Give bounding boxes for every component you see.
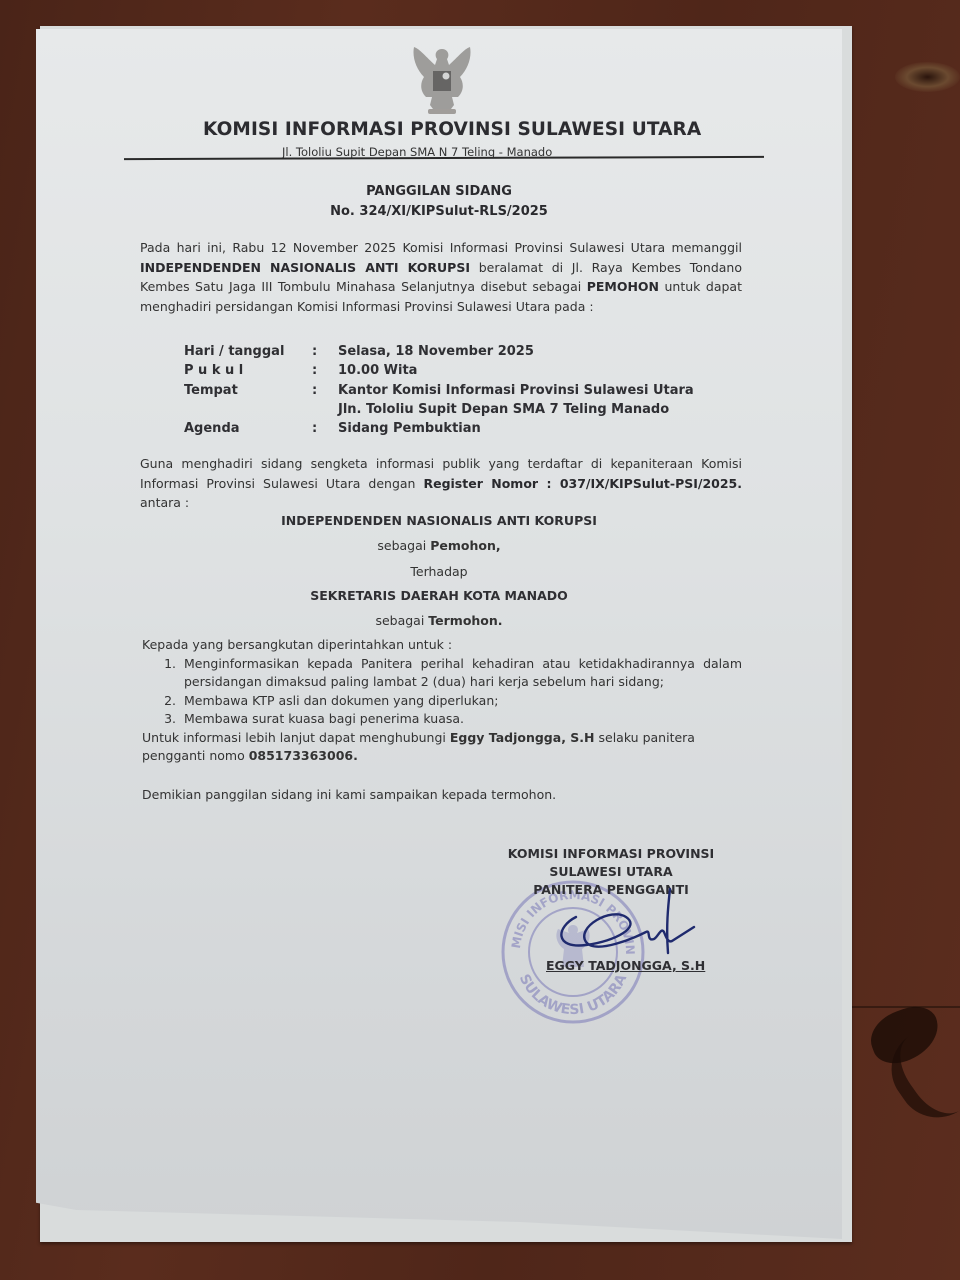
handwritten-signature-icon [546, 887, 696, 962]
detail-row-time: P u k u l:10.00 Wita [184, 361, 694, 380]
signatory-org-line1: KOMISI INFORMASI PROVINSI [506, 845, 716, 863]
detail-row-place-address: Jln. Tololiu Supit Depan SMA 7 Teling Ma… [184, 400, 694, 419]
instructions-intro: Kepada yang bersangkutan diperintahkan u… [142, 636, 742, 655]
signatory-name: EGGY TADJONGGA, S.H [546, 958, 705, 973]
respondent-name: SEKRETARIS DAERAH KOTA MANADO [36, 588, 842, 603]
detail-row-date: Hari / tanggal:Selasa, 18 November 2025 [184, 342, 694, 361]
contact-info: Untuk informasi lebih lanjut dapat mengh… [142, 729, 742, 766]
register-paragraph: Guna menghadiri sidang sengketa informas… [140, 454, 742, 513]
applicant-name: INDEPENDENDEN NASIONALIS ANTI KORUPSI [36, 513, 842, 528]
applicant-role: sebagai Pemohon, [36, 538, 842, 553]
instructions-list: Menginformasikan kepada Panitera perihal… [142, 655, 742, 729]
wood-knot [895, 62, 960, 92]
organization-name: KOMISI INFORMASI PROVINSI SULAWESI UTARA [203, 119, 701, 140]
instruction-item: Menginformasikan kepada Panitera perihal… [180, 655, 742, 692]
garuda-emblem-icon [402, 43, 482, 123]
intro-paragraph: Pada hari ini, Rabu 12 November 2025 Kom… [140, 238, 742, 317]
document-number: No. 324/XI/KIPSulut-RLS/2025 [36, 204, 842, 219]
hearing-details: Hari / tanggal:Selasa, 18 November 2025 … [184, 342, 694, 438]
signatory-org-line2: SULAWESI UTARA [506, 863, 716, 881]
header-divider [124, 156, 764, 160]
summons-letter: KOMISI INFORMASI PROVINSI SULAWESI UTARA… [36, 29, 842, 1239]
detail-row-agenda: Agenda:Sidang Pembuktian [184, 419, 694, 438]
wood-seam [845, 1006, 960, 1008]
respondent-role: sebagai Termohon. [36, 613, 842, 628]
versus-label: Terhadap [36, 564, 842, 579]
document-title: PANGGILAN SIDANG [36, 184, 842, 199]
instruction-item: Membawa KTP asli dan dokumen yang diperl… [180, 692, 742, 711]
instructions: Kepada yang bersangkutan diperintahkan u… [142, 636, 742, 766]
detail-row-place: Tempat:Kantor Komisi Informasi Provinsi … [184, 381, 694, 400]
closing-statement: Demikian panggilan sidang ini kami sampa… [142, 787, 556, 802]
instruction-item: Membawa surat kuasa bagi penerima kuasa. [180, 710, 742, 729]
